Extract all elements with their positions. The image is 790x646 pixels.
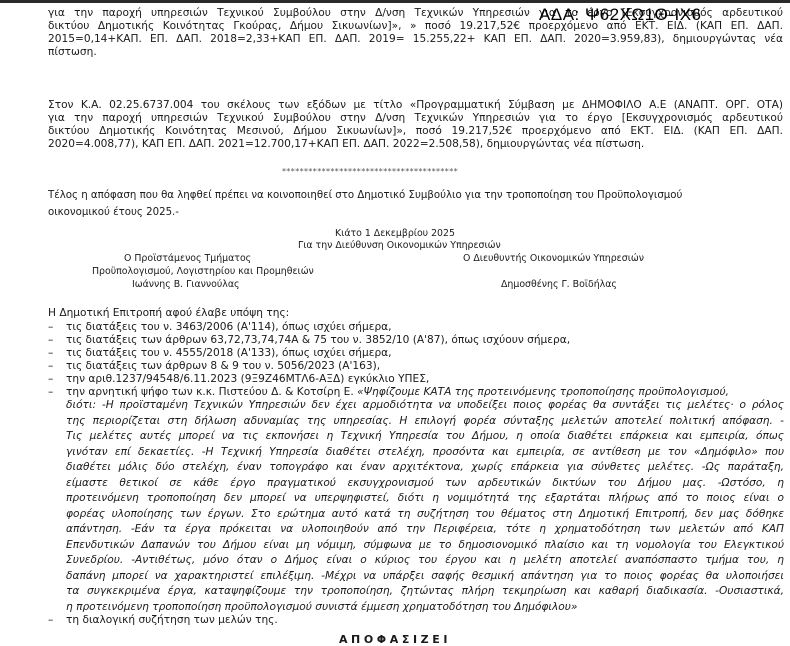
list-item: τη διαλογική συζήτηση των μελών της.	[66, 614, 278, 627]
page-top-border	[0, 0, 790, 3]
negative-vote-line: Τις μελέτες αυτές μπορεί να τις εκπονήσε…	[66, 430, 784, 443]
list-bullet: –	[48, 360, 53, 372]
left-signatory-name: Ιωάννης Β. Γιαννούλας	[132, 279, 240, 291]
left-signatory-department: Προϋπολογισμού, Λογιστηρίου και Προμηθει…	[92, 266, 314, 278]
document-page: για την παροχή υπηρεσιών Τεχνικού Συμβού…	[0, 0, 790, 646]
decides-heading: ΑΠΟΦΑΣΙΖΕΙ	[0, 633, 790, 646]
separator-stars: ****************************************	[282, 167, 458, 176]
list-bullet: –	[48, 321, 53, 333]
committee-intro: Η Δημοτική Επιτροπή αφού έλαβε υπόψη της…	[48, 307, 289, 320]
for-directorate: Για την Διεύθυνση Οικονομικών Υπηρεσιών	[298, 240, 501, 252]
list-item: τις διατάξεις του ν. 4555/2018 (Α'133), …	[66, 347, 392, 360]
list-bullet: –	[48, 347, 53, 359]
negative-vote-quote-start: «Ψηφίζουμε ΚΑΤΑ της προτεινόμενης τροποπ…	[357, 386, 729, 398]
place-date: Κιάτο 1 Δεκεμβρίου 2025	[335, 228, 455, 240]
negative-vote-line: διαθέτει μόλις δύο στελέχη, έναν τοπογρά…	[66, 461, 784, 474]
negative-vote-line: Επενδυτικών Δαπανών του Δήμου είναι μη ν…	[66, 539, 784, 552]
text-line: 2020=4.008,77), ΚΑΠ ΕΠ. ΔΑΠ. 2021=12.700…	[48, 138, 644, 151]
list-bullet: –	[48, 614, 53, 626]
negative-vote-line: διότι: -Η προϊσταμένη Τεχνικών Υπηρεσιών…	[66, 399, 784, 412]
text-line: Τέλος η απόφαση που θα ληφθεί πρέπει να …	[48, 189, 682, 202]
list-item: την αριθ.1237/94548/6.11.2023 (9Ξ9Ζ46ΜΤΛ…	[66, 373, 429, 386]
right-signatory-name: Δημοσθένης Γ. Βοϊδήλας	[501, 279, 617, 291]
negative-vote-line: φορέας υλοποίησης των έργων. Στο ερώτημα…	[66, 508, 784, 521]
left-signatory-title: Ο Προϊστάμενος Τμήματος	[124, 253, 251, 265]
negative-vote-line: τα συγκεκριμένα έργα, καταψηφίζουμε την …	[66, 585, 784, 598]
negative-vote-line: η προτεινόμενη τροποποίηση προϋπολογισμο…	[66, 601, 577, 614]
negative-vote-line: της περιορίζεται στη δήλωση αδυναμίας τη…	[66, 415, 784, 428]
negative-vote-lead: την αρνητική ψήφο των κ.κ. Πιστεύου Δ. &…	[66, 386, 357, 398]
right-signatory-title: Ο Διευθυντής Οικονομικών Υπηρεσιών	[463, 253, 644, 265]
negative-vote-line: Συνεδρίου. -Αντιθέτως, μόνο όταν ο Δήμος…	[66, 554, 784, 567]
list-bullet: –	[48, 334, 53, 346]
negative-vote-line: γινόταν επί δεκαετίες. -Η Τεχνική Υπηρεσ…	[66, 446, 784, 459]
ada-stamp: ΑΔΑ: Ψ62ΧΩ1Θ-ΙΧ6	[539, 5, 702, 25]
text-line: δικτύου Δημοτικής Κοινότητας Μεσινού, Δή…	[48, 125, 783, 138]
negative-vote-line: είμαστε θετικοί σε κάθε έργο πραγματικού…	[66, 477, 784, 490]
negative-vote-item: την αρνητική ψήφο των κ.κ. Πιστεύου Δ. &…	[66, 386, 729, 399]
negative-vote-line: δαπάνη μπορεί να χαρακτηριστεί επιλέξιμη…	[66, 570, 784, 583]
negative-vote-line: απάντηση. -Εάν τα έργα πρόκειται να υλοπ…	[66, 523, 784, 536]
list-item: τις διατάξεις του ν. 3463/2006 (Α'114), …	[66, 321, 392, 334]
text-line: Στον Κ.Α. 02.25.6737.004 του σκέλους των…	[48, 99, 783, 112]
text-line: για την παροχή υπηρεσιών Τεχνικού Συμβού…	[48, 112, 783, 125]
text-line: πίστωση.	[48, 46, 97, 59]
list-item: τις διατάξεις των άρθρων 63,72,73,74,74Α…	[66, 334, 570, 347]
text-line: οικονομικού έτους 2025.-	[48, 206, 179, 219]
list-bullet: –	[48, 373, 53, 385]
list-bullet: –	[48, 386, 53, 398]
text-line: 2015=0,14+ΚΑΠ. ΕΠ. ΔΑΠ. 2018=2,33+ΚΑΠ ΕΠ…	[48, 33, 783, 46]
list-item: τις διατάξεις των άρθρων 8 & 9 του ν. 50…	[66, 360, 380, 373]
negative-vote-line: προτεινόμενη τροποποίηση δεν μπορεί να υ…	[66, 492, 784, 505]
